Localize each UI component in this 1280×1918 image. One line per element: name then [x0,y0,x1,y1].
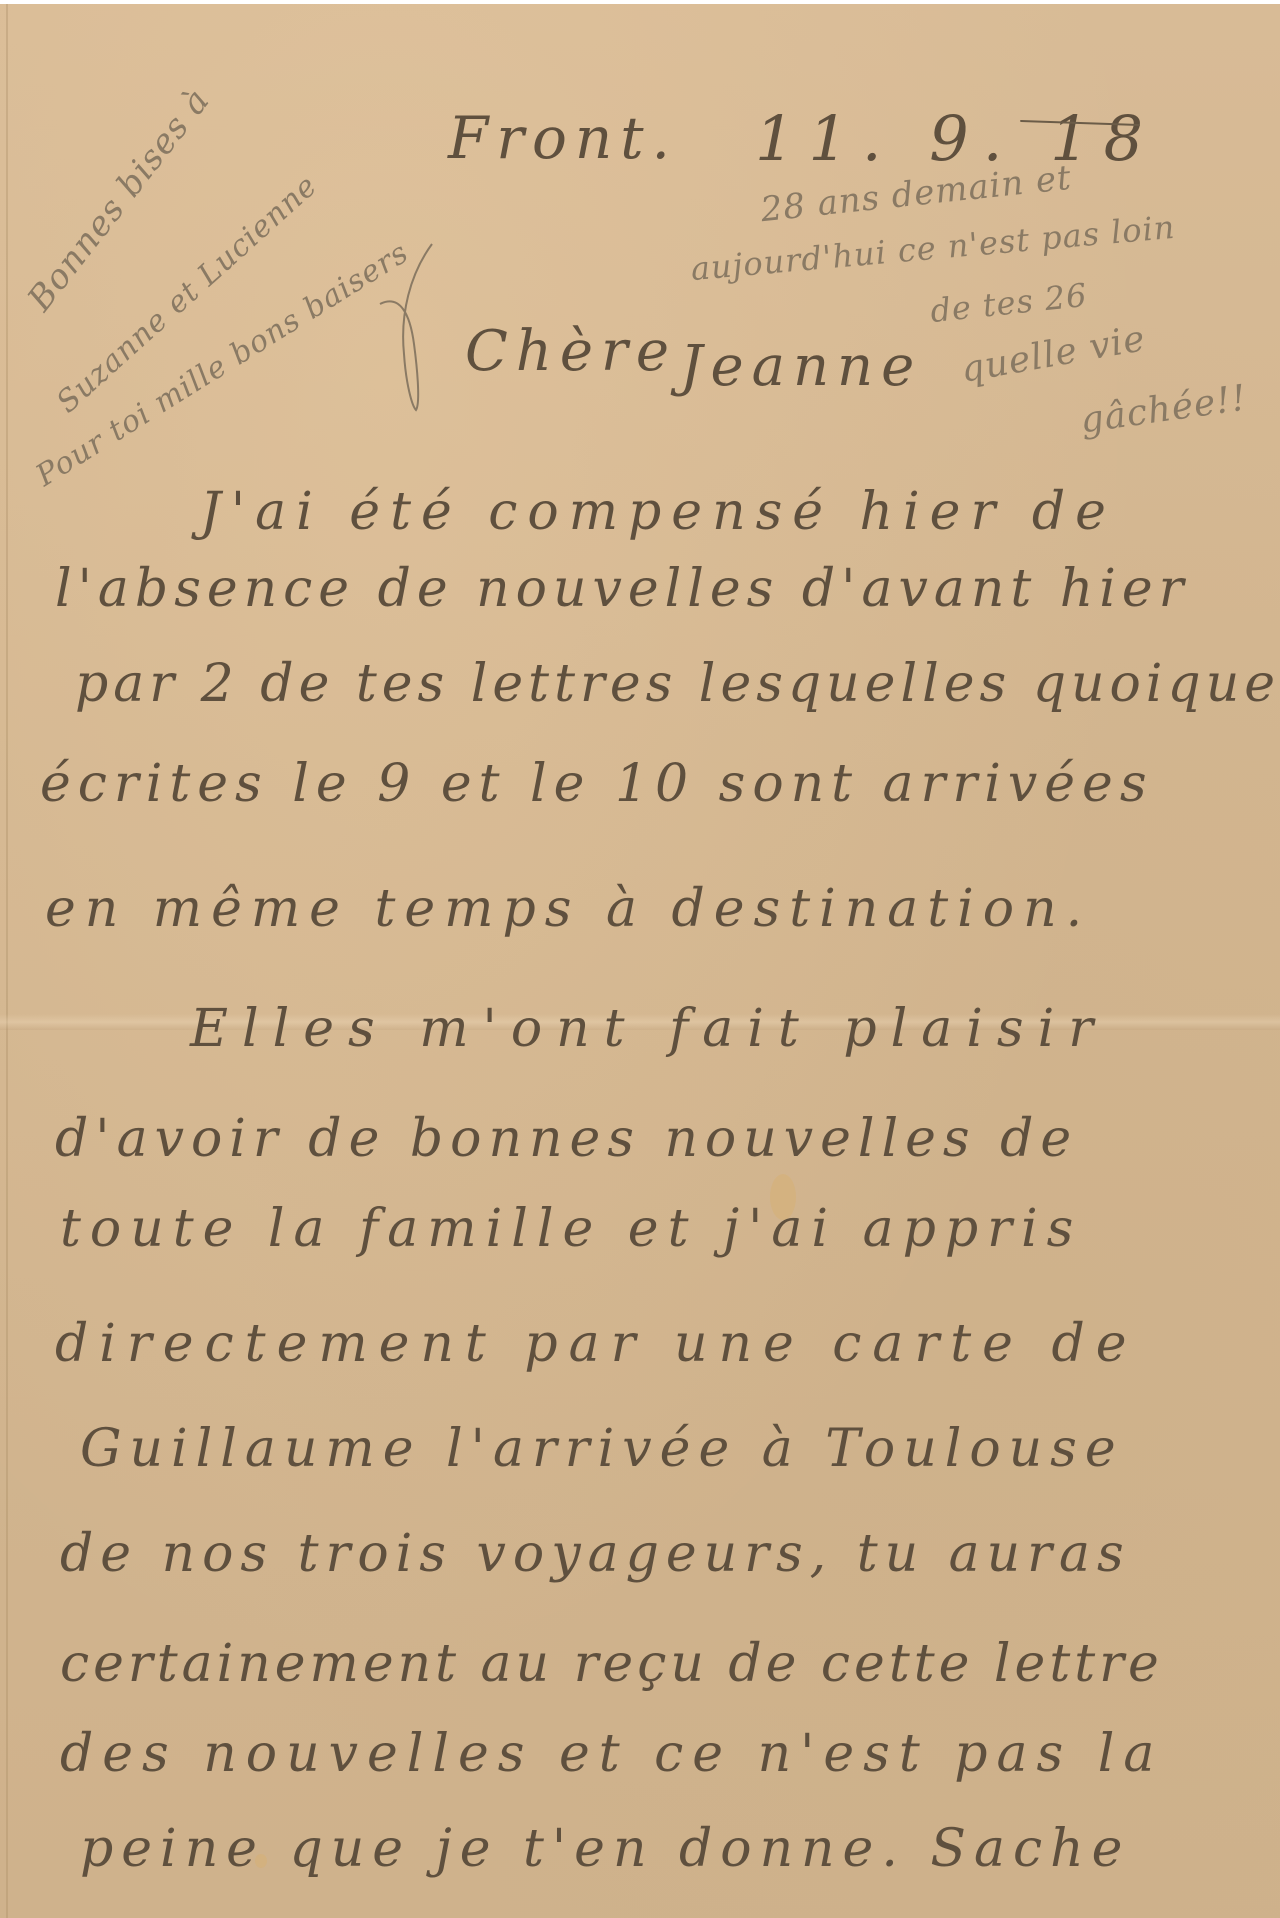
greeting-word: Chère [465,319,677,384]
letter-page: Bonnes bises à Suzanne et Lucienne Pour … [0,4,1280,1918]
paper-edge [6,4,8,1918]
body-line: en même temps à destination. [45,879,1091,939]
body-line: par 2 de tes lettres lesquelles quoique [75,654,1280,714]
body-line: directement par une carte de [55,1314,1138,1374]
body-line: J'ai été compensé hier de [200,482,1116,542]
body-line: certainement au reçu de cette lettre [60,1634,1163,1694]
greeting-flourish-icon [370,234,450,414]
body-line: Guillaume l'arrivée à Toulouse [80,1419,1124,1479]
body-line: d'avoir de bonnes nouvelles de [55,1109,1078,1169]
letter-place: Front. [448,104,678,172]
letter-date: 11. 9. 18 [755,102,1157,175]
body-line: de nos trois voyageurs, tu auras [60,1524,1131,1584]
body-line: peine que je t'en donne. Sache [80,1819,1130,1879]
body-line: des nouvelles et ce n'est pas la [60,1724,1163,1784]
body-line: écrites le 9 et le 10 sont arrivées [40,754,1154,814]
margin-note-line: quelle vie [958,318,1149,391]
greeting-name: Jeanne [680,334,922,399]
margin-note-line: gâchée!! [1078,378,1249,442]
body-line: Elles m'ont fait plaisir [190,999,1107,1059]
body-line: l'absence de nouvelles d'avant hier [55,559,1190,619]
body-line: toute la famille et j'ai appris [60,1199,1082,1259]
margin-note-line: de tes 26 [928,276,1089,330]
